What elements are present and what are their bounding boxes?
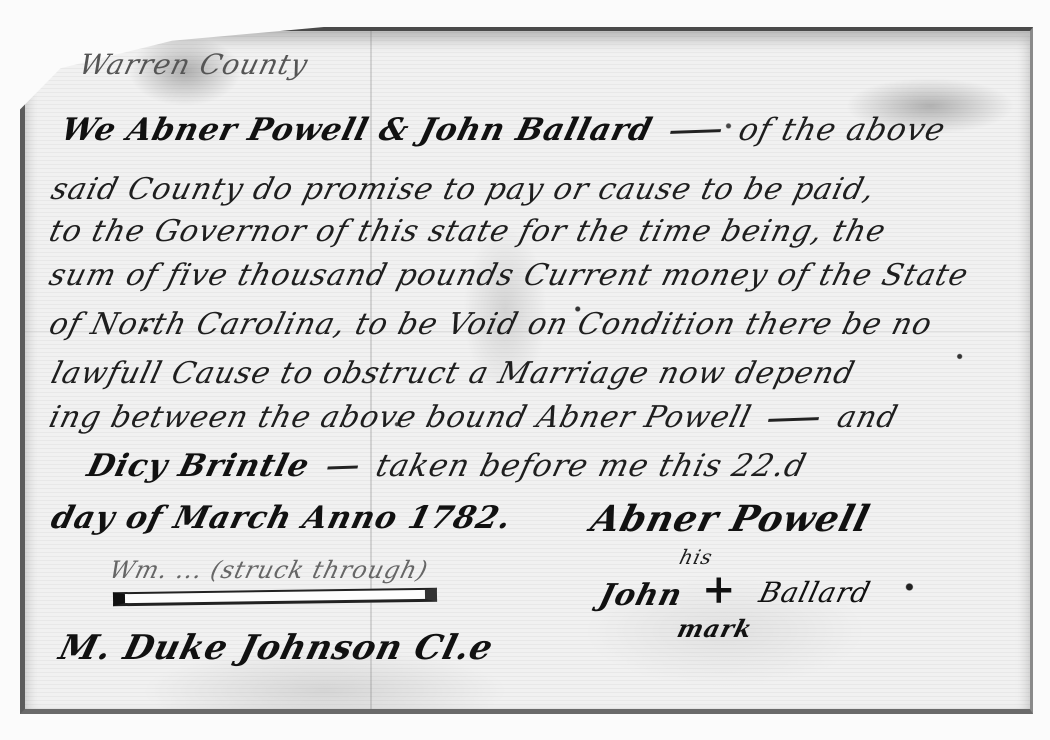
body-line-8-tail: taken before me this 22.d <box>372 448 810 484</box>
struck-out-signature: Wm. ... (struck through) <box>107 556 432 584</box>
signature-mark-cross: + <box>702 566 737 613</box>
signature-clerk-johnson: M. Duke Johnson Cl.e <box>55 628 498 668</box>
body-line-5: of North Carolina, to be Void on Conditi… <box>46 307 936 342</box>
body-line-7-tail: and <box>834 400 902 435</box>
line-dash <box>670 129 721 134</box>
signature-abner-powell: Abner Powell <box>587 498 875 540</box>
line-dash <box>769 417 820 422</box>
body-line-7-text: ing between the above bound Abner Powell <box>46 400 756 435</box>
county-heading: Warren County <box>76 48 312 81</box>
body-line-7: ing between the above bound Abner Powell… <box>46 400 902 435</box>
bride-name: Dicy Brintle <box>84 448 314 484</box>
body-line-6: lawfull Cause to obstruct a Marriage now… <box>48 356 859 391</box>
body-line-3: to the Governor of this state for the ti… <box>46 214 890 249</box>
line-dash <box>327 465 358 469</box>
date-line: day of March Anno 1782. <box>48 500 516 536</box>
body-line-1-tail: of the above <box>735 112 949 148</box>
body-line-1: We Abner Powell & John Ballard of the ab… <box>58 112 950 148</box>
body-line-2: said County do promise to pay or cause t… <box>48 172 879 207</box>
body-line-4: sum of five thousand pounds Current mone… <box>46 258 973 293</box>
signature-john: John <box>596 578 687 613</box>
body-line-8: Dicy Brintle taken before me this 22.d <box>84 448 811 484</box>
signature-mark-label: mark <box>674 614 755 643</box>
signature-ballard: Ballard <box>756 576 874 609</box>
body-line-1-text: We Abner Powell & John Ballard <box>58 112 657 148</box>
document-scan: Warren County We Abner Powell & John Bal… <box>0 0 1050 740</box>
